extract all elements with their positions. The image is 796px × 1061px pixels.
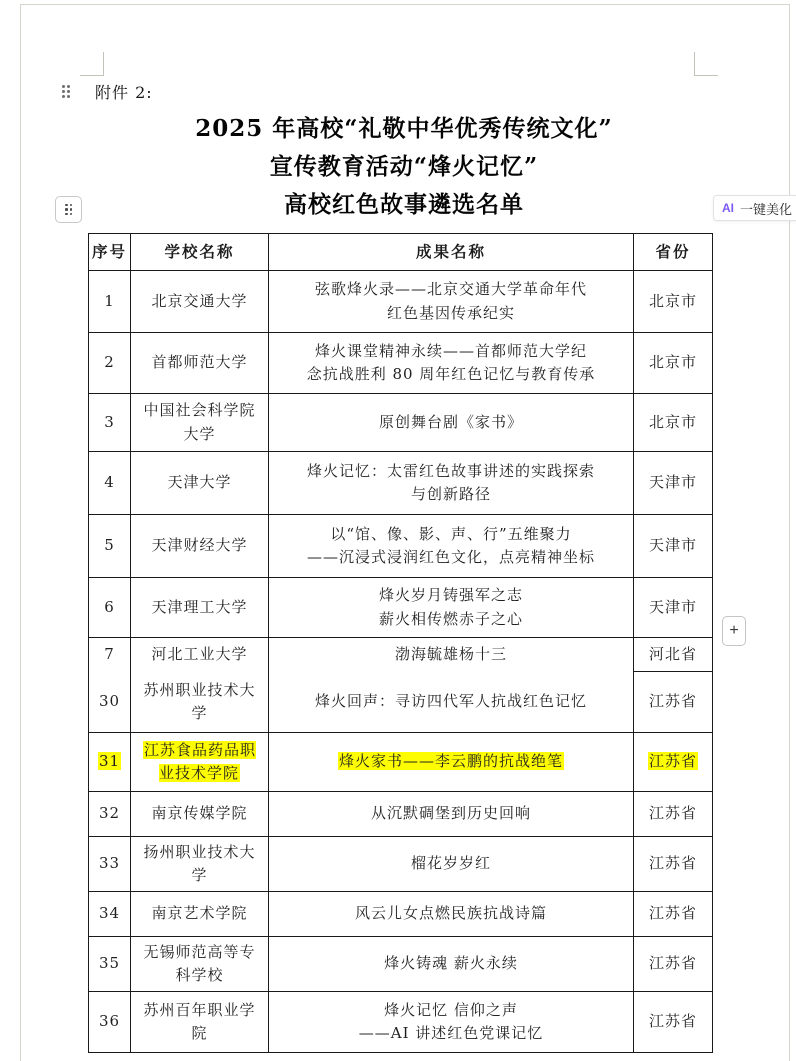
achievement-cell-text: 烽火铸魂 薪火永续 xyxy=(384,954,518,972)
province-cell-text: 北京市 xyxy=(649,292,697,310)
province-cell-text: 江苏省 xyxy=(649,854,697,872)
column-header[interactable]: 序号 xyxy=(89,234,131,271)
school-cell-text: 首都师范大学 xyxy=(151,353,247,371)
achievement-cell[interactable]: 烽火家书——李云鹏的抗战绝笔 xyxy=(269,733,634,792)
province-cell[interactable]: 江苏省 xyxy=(634,992,713,1053)
plus-icon: + xyxy=(729,622,738,640)
doc-title[interactable]: 2025 年高校“礼敬中华优秀传统文化” 宣传教育活动“烽火记忆” 高校红色故事… xyxy=(20,110,788,224)
table-header-row: 序号学校名称成果名称省份 xyxy=(89,234,713,271)
table-row: 6天津理工大学烽火岁月铸强军之志 薪火相传燃赤子之心天津市 xyxy=(89,578,713,638)
table-row: 4天津大学烽火记忆：太雷红色故事讲述的实践探索 与创新路径天津市 xyxy=(89,452,713,515)
province-cell[interactable]: 河北省 xyxy=(634,638,713,672)
table-row: 30苏州职业技术大 学烽火回声：寻访四代军人抗战红色记忆江苏省 xyxy=(89,672,713,733)
province-cell-text: 江苏省 xyxy=(649,804,697,822)
serial-cell[interactable]: 5 xyxy=(89,515,131,578)
serial-cell[interactable]: 30 xyxy=(89,672,131,733)
province-cell[interactable]: 天津市 xyxy=(634,578,713,638)
serial-cell-text: 36 xyxy=(99,1012,120,1030)
table-drag-handle-button[interactable] xyxy=(55,196,82,223)
achievement-cell-text: 烽火岁月铸强军之志 薪火相传燃赤子之心 xyxy=(379,586,523,627)
serial-cell-text: 5 xyxy=(104,536,115,554)
achievement-cell[interactable]: 烽火记忆 信仰之声 ——AI 讲述红色党课记忆 xyxy=(269,992,634,1053)
school-cell-text: 天津财经大学 xyxy=(151,536,247,554)
province-cell-text: 北京市 xyxy=(649,413,697,431)
serial-cell-text: 6 xyxy=(104,598,115,616)
achievement-cell-text: 烽火家书——李云鹏的抗战绝笔 xyxy=(338,752,564,770)
column-header[interactable]: 成果名称 xyxy=(269,234,634,271)
achievement-cell-text: 以“馆、像、影、声、行”五维聚力 ——沉浸式浸润红色文化，点亮精神坐标 xyxy=(307,525,595,566)
school-cell[interactable]: 南京艺术学院 xyxy=(131,892,269,937)
table-body: 1北京交通大学弦歌烽火录——北京交通大学革命年代 红色基因传承纪实北京市2首都师… xyxy=(89,271,713,1053)
school-cell-text: 中国社会科学院 大学 xyxy=(143,401,255,442)
school-cell-text: 江苏食品药品职 业技术学院 xyxy=(143,741,256,782)
column-header[interactable]: 学校名称 xyxy=(131,234,269,271)
achievement-cell-text: 弦歌烽火录——北京交通大学革命年代 红色基因传承纪实 xyxy=(315,280,587,321)
province-cell[interactable]: 江苏省 xyxy=(634,892,713,937)
school-cell[interactable]: 苏州职业技术大 学 xyxy=(131,672,269,733)
achievement-cell[interactable]: 弦歌烽火录——北京交通大学革命年代 红色基因传承纪实 xyxy=(269,271,634,333)
achievement-cell[interactable]: 风云儿女点燃民族抗战诗篇 xyxy=(269,892,634,937)
province-cell-text: 河北省 xyxy=(649,645,697,663)
table-row: 36苏州百年职业学 院烽火记忆 信仰之声 ——AI 讲述红色党课记忆江苏省 xyxy=(89,992,713,1053)
serial-cell[interactable]: 34 xyxy=(89,892,131,937)
table-row: 1北京交通大学弦歌烽火录——北京交通大学革命年代 红色基因传承纪实北京市 xyxy=(89,271,713,333)
province-cell[interactable]: 天津市 xyxy=(634,515,713,578)
achievement-cell[interactable]: 从沉默碉堡到历史回响 xyxy=(269,792,634,837)
province-cell-text: 江苏省 xyxy=(649,904,697,922)
school-cell[interactable]: 北京交通大学 xyxy=(131,271,269,333)
achievement-cell[interactable]: 烽火回声：寻访四代军人抗战红色记忆 xyxy=(269,672,634,733)
school-cell[interactable]: 天津理工大学 xyxy=(131,578,269,638)
column-header[interactable]: 省份 xyxy=(634,234,713,271)
serial-cell[interactable]: 31 xyxy=(89,733,131,792)
serial-cell[interactable]: 33 xyxy=(89,837,131,892)
table-row: 32南京传媒学院从沉默碉堡到历史回响江苏省 xyxy=(89,792,713,837)
school-cell[interactable]: 苏州百年职业学 院 xyxy=(131,992,269,1053)
school-cell-text: 河北工业大学 xyxy=(151,645,247,663)
achievement-cell-text: 风云儿女点燃民族抗战诗篇 xyxy=(355,904,547,922)
achievement-cell-text: 榴花岁岁红 xyxy=(411,854,491,872)
title-line-1: 2025 年高校“礼敬中华优秀传统文化” xyxy=(20,110,788,148)
table-row: 34南京艺术学院风云儿女点燃民族抗战诗篇江苏省 xyxy=(89,892,713,937)
school-cell-text: 南京传媒学院 xyxy=(151,804,247,822)
serial-cell-text: 32 xyxy=(99,804,120,822)
serial-cell-text: 35 xyxy=(99,954,120,972)
serial-cell[interactable]: 4 xyxy=(89,452,131,515)
serial-cell[interactable]: 36 xyxy=(89,992,131,1053)
school-cell[interactable]: 河北工业大学 xyxy=(131,638,269,672)
add-row-button[interactable]: + xyxy=(722,616,746,646)
school-cell[interactable]: 中国社会科学院 大学 xyxy=(131,394,269,452)
achievement-cell[interactable]: 渤海毓雄杨十三 xyxy=(269,638,634,672)
paragraph-drag-handle-icon[interactable] xyxy=(62,85,70,98)
province-cell-text: 天津市 xyxy=(649,473,697,491)
margin-corner-mark-left xyxy=(80,52,104,76)
school-cell-text: 苏州百年职业学 院 xyxy=(143,1001,255,1042)
margin-corner-mark-right xyxy=(694,52,718,76)
achievement-cell[interactable]: 以“馆、像、影、声、行”五维聚力 ——沉浸式浸润红色文化，点亮精神坐标 xyxy=(269,515,634,578)
achievement-cell-text: 原创舞台剧《家书》 xyxy=(379,413,523,431)
table-row: 2首都师范大学烽火课堂精神永续——首都师范大学纪 念抗战胜利 80 周年红色记忆… xyxy=(89,333,713,394)
serial-cell[interactable]: 2 xyxy=(89,333,131,394)
table-row: 5天津财经大学以“馆、像、影、声、行”五维聚力 ——沉浸式浸润红色文化，点亮精神… xyxy=(89,515,713,578)
title-line-3: 高校红色故事遴选名单 xyxy=(20,186,788,224)
school-cell[interactable]: 天津财经大学 xyxy=(131,515,269,578)
serial-cell[interactable]: 32 xyxy=(89,792,131,837)
province-cell[interactable]: 江苏省 xyxy=(634,792,713,837)
ai-beautify-label: 一键美化 xyxy=(740,199,792,218)
achievement-cell[interactable]: 烽火铸魂 薪火永续 xyxy=(269,937,634,992)
school-cell[interactable]: 无锡师范高等专 科学校 xyxy=(131,937,269,992)
achievement-cell[interactable]: 榴花岁岁红 xyxy=(269,837,634,892)
serial-cell[interactable]: 35 xyxy=(89,937,131,992)
serial-cell-text: 33 xyxy=(99,854,120,872)
province-cell[interactable]: 江苏省 xyxy=(634,837,713,892)
table-row: 35无锡师范高等专 科学校烽火铸魂 薪火永续江苏省 xyxy=(89,937,713,992)
school-cell[interactable]: 扬州职业技术大 学 xyxy=(131,837,269,892)
province-cell[interactable]: 江苏省 xyxy=(634,672,713,733)
school-cell-text: 北京交通大学 xyxy=(151,292,247,310)
serial-cell-text: 3 xyxy=(104,413,115,431)
serial-cell[interactable]: 6 xyxy=(89,578,131,638)
province-cell[interactable]: 江苏省 xyxy=(634,937,713,992)
school-cell-text: 苏州职业技术大 学 xyxy=(143,681,255,722)
table-row: 31江苏食品药品职 业技术学院烽火家书——李云鹏的抗战绝笔江苏省 xyxy=(89,733,713,792)
achievement-cell[interactable]: 烽火记忆：太雷红色故事讲述的实践探索 与创新路径 xyxy=(269,452,634,515)
ai-beautify-button[interactable]: AI 一键美化 xyxy=(713,195,796,221)
achievement-cell-text: 从沉默碉堡到历史回响 xyxy=(371,804,531,822)
achievement-cell-text: 烽火回声：寻访四代军人抗战红色记忆 xyxy=(315,692,587,710)
achievement-cell-text: 渤海毓雄杨十三 xyxy=(395,645,507,663)
school-cell-text: 天津大学 xyxy=(167,473,231,491)
province-cell-text: 江苏省 xyxy=(649,692,697,710)
province-cell-text: 北京市 xyxy=(649,353,697,371)
table-row: 33扬州职业技术大 学榴花岁岁红江苏省 xyxy=(89,837,713,892)
achievement-cell[interactable]: 原创舞台剧《家书》 xyxy=(269,394,634,452)
school-cell-text: 天津理工大学 xyxy=(151,598,247,616)
achievement-cell-text: 烽火记忆：太雷红色故事讲述的实践探索 与创新路径 xyxy=(307,462,595,503)
school-cell[interactable]: 首都师范大学 xyxy=(131,333,269,394)
serial-cell[interactable]: 3 xyxy=(89,394,131,452)
province-cell-text: 江苏省 xyxy=(649,1012,697,1030)
achievement-cell-text: 烽火记忆 信仰之声 ——AI 讲述红色党课记忆 xyxy=(359,1001,544,1042)
achievement-cell[interactable]: 烽火课堂精神永续——首都师范大学纪 念抗战胜利 80 周年红色记忆与教育传承 xyxy=(269,333,634,394)
province-cell-text: 江苏省 xyxy=(649,954,697,972)
province-cell[interactable]: 天津市 xyxy=(634,452,713,515)
school-cell-text: 南京艺术学院 xyxy=(151,904,247,922)
ai-icon: AI xyxy=(722,201,734,215)
grid-handle-icon xyxy=(65,204,72,216)
province-cell[interactable]: 江苏省 xyxy=(634,733,713,792)
school-cell[interactable]: 天津大学 xyxy=(131,452,269,515)
serial-cell-text: 34 xyxy=(99,904,120,922)
serial-cell[interactable]: 7 xyxy=(89,638,131,672)
attachment-label[interactable]: 附件 2: xyxy=(95,80,153,103)
serial-cell[interactable]: 1 xyxy=(89,271,131,333)
selection-table: 序号学校名称成果名称省份 1北京交通大学弦歌烽火录——北京交通大学革命年代 红色… xyxy=(88,233,713,1053)
achievement-cell-text: 烽火课堂精神永续——首都师范大学纪 念抗战胜利 80 周年红色记忆与教育传承 xyxy=(307,342,596,383)
school-cell[interactable]: 江苏食品药品职 业技术学院 xyxy=(131,733,269,792)
achievement-cell[interactable]: 烽火岁月铸强军之志 薪火相传燃赤子之心 xyxy=(269,578,634,638)
serial-cell-text: 2 xyxy=(104,353,115,371)
serial-cell-text: 4 xyxy=(104,473,115,491)
school-cell-text: 无锡师范高等专 科学校 xyxy=(143,943,255,984)
school-cell-text: 扬州职业技术大 学 xyxy=(143,843,255,884)
table-row: 3中国社会科学院 大学原创舞台剧《家书》北京市 xyxy=(89,394,713,452)
table-row: 7河北工业大学渤海毓雄杨十三河北省 xyxy=(89,638,713,672)
province-cell[interactable]: 北京市 xyxy=(634,394,713,452)
serial-cell-text: 7 xyxy=(104,645,115,663)
serial-cell-text: 30 xyxy=(99,692,120,710)
title-line-2: 宣传教育活动“烽火记忆” xyxy=(20,148,788,186)
province-cell-text: 江苏省 xyxy=(648,752,698,770)
province-cell-text: 天津市 xyxy=(649,598,697,616)
school-cell[interactable]: 南京传媒学院 xyxy=(131,792,269,837)
province-cell[interactable]: 北京市 xyxy=(634,333,713,394)
province-cell[interactable]: 北京市 xyxy=(634,271,713,333)
serial-cell-text: 31 xyxy=(98,752,121,770)
serial-cell-text: 1 xyxy=(104,292,115,310)
province-cell-text: 天津市 xyxy=(649,536,697,554)
